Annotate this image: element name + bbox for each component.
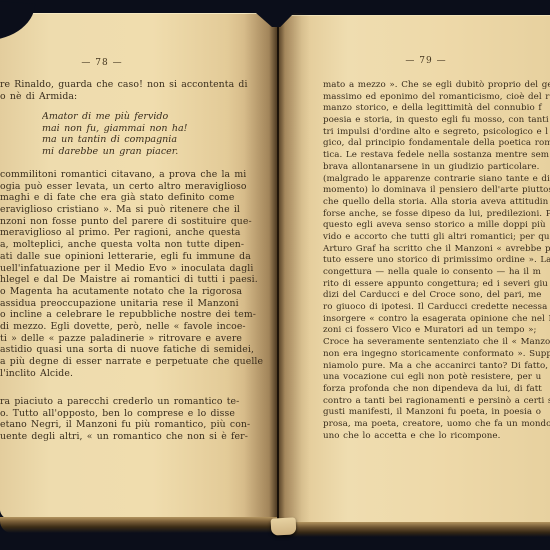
text-line: gusti manifesti, il Manzoni fu poeta, in… bbox=[323, 407, 550, 419]
left-page-number: — 78 — bbox=[70, 58, 134, 68]
text-line: re Rinaldo, guarda che caso! non si acco… bbox=[0, 79, 270, 91]
text-line: vido e accorto che tutti gli altri roman… bbox=[323, 232, 550, 244]
text-line: massimo ed eponimo del romanticismo, cio… bbox=[323, 92, 550, 104]
text-line: ra piaciuto a parecchi crederlo un roman… bbox=[0, 396, 270, 408]
text-line: che quello della storia. Alla storia ave… bbox=[323, 197, 550, 209]
text-line: assidua preoccupazione unitaria rese il … bbox=[0, 298, 270, 310]
text-line: hlegel e dal De Maistre ai romantici di … bbox=[0, 274, 270, 286]
text-line: contro a tanti bei ragionamenti e persin… bbox=[323, 396, 550, 408]
text-line: a più degne di esser narrate e perpetuat… bbox=[0, 356, 270, 368]
text-line: ati dalle sue opinioni letterarie, egli … bbox=[0, 251, 270, 263]
text-line: uente degli altri, « un romantico che no… bbox=[0, 431, 270, 443]
text-line: astidio quasi una sorta di nuove fatiche… bbox=[0, 344, 270, 356]
text-line: uell'infatuazione per il Medio Evo » ino… bbox=[0, 263, 270, 275]
text-line: brava allontanarsene in un giudizio part… bbox=[323, 162, 550, 174]
text-line: uno che lo accetta e che lo ricompone. bbox=[323, 431, 550, 443]
text-line: insorgere « contro la esagerata opinione… bbox=[323, 314, 550, 326]
text-line: Amator di me più fervido bbox=[42, 111, 262, 123]
text-line: ro giuoco di ipotesi. Il Carducci credet… bbox=[323, 302, 550, 314]
right-page-body: mato a mezzo ». Che se egli dubitò propr… bbox=[323, 80, 550, 442]
text-line: maghi e di fate che era già stato defini… bbox=[0, 192, 270, 204]
text-line: prosa, ma poeta, creatore, uomo che fa u… bbox=[323, 419, 550, 431]
left-page-paragraph-1: re Rinaldo, guarda che caso! non si acco… bbox=[0, 79, 270, 102]
bottom-page-edges-right bbox=[277, 522, 550, 537]
text-line: forse anche, se fosse dipeso da lui, pre… bbox=[323, 209, 550, 221]
text-line: o nè di Armida: bbox=[0, 91, 270, 103]
text-line: etano Negri, il Manzoni fu più romantico… bbox=[0, 419, 270, 431]
text-line: tri impulsi d'ordine alto e segreto, psi… bbox=[323, 127, 550, 139]
text-line: Croce ha severamente sentenziato che il … bbox=[323, 337, 550, 349]
text-line: mi darebbe un gran piacer. bbox=[42, 146, 262, 158]
text-line: ti » delle « pazze paladinerie » ritrova… bbox=[0, 333, 270, 345]
text-line: meraviglioso al primo. Per ragioni, anch… bbox=[0, 227, 270, 239]
text-line: una vocazione cui egli non potè resister… bbox=[323, 372, 550, 384]
text-line: rito di essere appunto congettura; ed i … bbox=[323, 279, 550, 291]
text-line: (malgrado le apparenze contrarie siano t… bbox=[323, 174, 550, 186]
text-line: ogia può esser levata, un certo altro me… bbox=[0, 181, 270, 193]
left-page-paragraph-3: ra piaciuto a parecchi crederlo un roman… bbox=[0, 396, 270, 443]
text-line: poesia e storia, in questo egli fu mosso… bbox=[323, 115, 550, 127]
text-line: o. Tutto all'opposto, ben lo comprese e … bbox=[0, 408, 270, 420]
text-line: nzoni non fosse punto del parere di sost… bbox=[0, 216, 270, 228]
book-photo: — 78 — — 79 — re Rinaldo, guarda che cas… bbox=[0, 0, 550, 550]
text-line: dizi del Carducci e del Croce sono, del … bbox=[323, 290, 550, 302]
text-line: Arturo Graf ha scritto che il Manzoni « … bbox=[323, 244, 550, 256]
text-line: a, molteplici, anche questa volta non tu… bbox=[0, 239, 270, 251]
spine-bottom-tab bbox=[271, 517, 297, 535]
text-line: gico, dal principio fondamentale della p… bbox=[323, 138, 550, 150]
text-line: manzo storico, e della legittimità del c… bbox=[323, 103, 550, 115]
text-line: ma un tantin di compagnia bbox=[42, 134, 262, 146]
text-line: niamolo pure. Ma a che accanirci tanto? … bbox=[323, 361, 550, 373]
left-page-paragraph-2: commilitoni romantici citavano, a prova … bbox=[0, 169, 270, 379]
gutter-line bbox=[277, 14, 279, 524]
text-line: di mezzo. Egli dovette, però, nelle « fa… bbox=[0, 321, 270, 333]
text-line: mai non fu, giammai non ha! bbox=[42, 123, 262, 135]
right-page-number: — 79 — bbox=[394, 56, 458, 66]
text-line: tica. Le restava fedele nella sostanza m… bbox=[323, 150, 550, 162]
text-line: commilitoni romantici citavano, a prova … bbox=[0, 169, 270, 181]
bottom-page-edges-left bbox=[0, 517, 277, 533]
text-line: o incline a celebrare le repubbliche nos… bbox=[0, 309, 270, 321]
text-line: zoni ci fossero Vico e Muratori ad un te… bbox=[323, 325, 550, 337]
left-page-poem: Amator di me più fervidomai non fu, giam… bbox=[42, 111, 262, 158]
text-line: forza profonda che non dipendeva da lui,… bbox=[323, 384, 550, 396]
text-line: congettura — nella quale io consento — h… bbox=[323, 267, 550, 279]
text-line: tuto essere uno storico di primissimo or… bbox=[323, 255, 550, 267]
text-line: momento) lo dominava il pensiero dell'ar… bbox=[323, 185, 550, 197]
text-line: non era ingegno storicamente conformato … bbox=[323, 349, 550, 361]
text-line: eraviglioso cristiano ». Ma si può riten… bbox=[0, 204, 270, 216]
text-line: o Magenta ha acutamente notato che la ri… bbox=[0, 286, 270, 298]
text-line: questo egli aveva senso storico a mille … bbox=[323, 220, 550, 232]
text-line: l'inclito Alcide. bbox=[0, 368, 270, 380]
text-line: mato a mezzo ». Che se egli dubitò propr… bbox=[323, 80, 550, 92]
